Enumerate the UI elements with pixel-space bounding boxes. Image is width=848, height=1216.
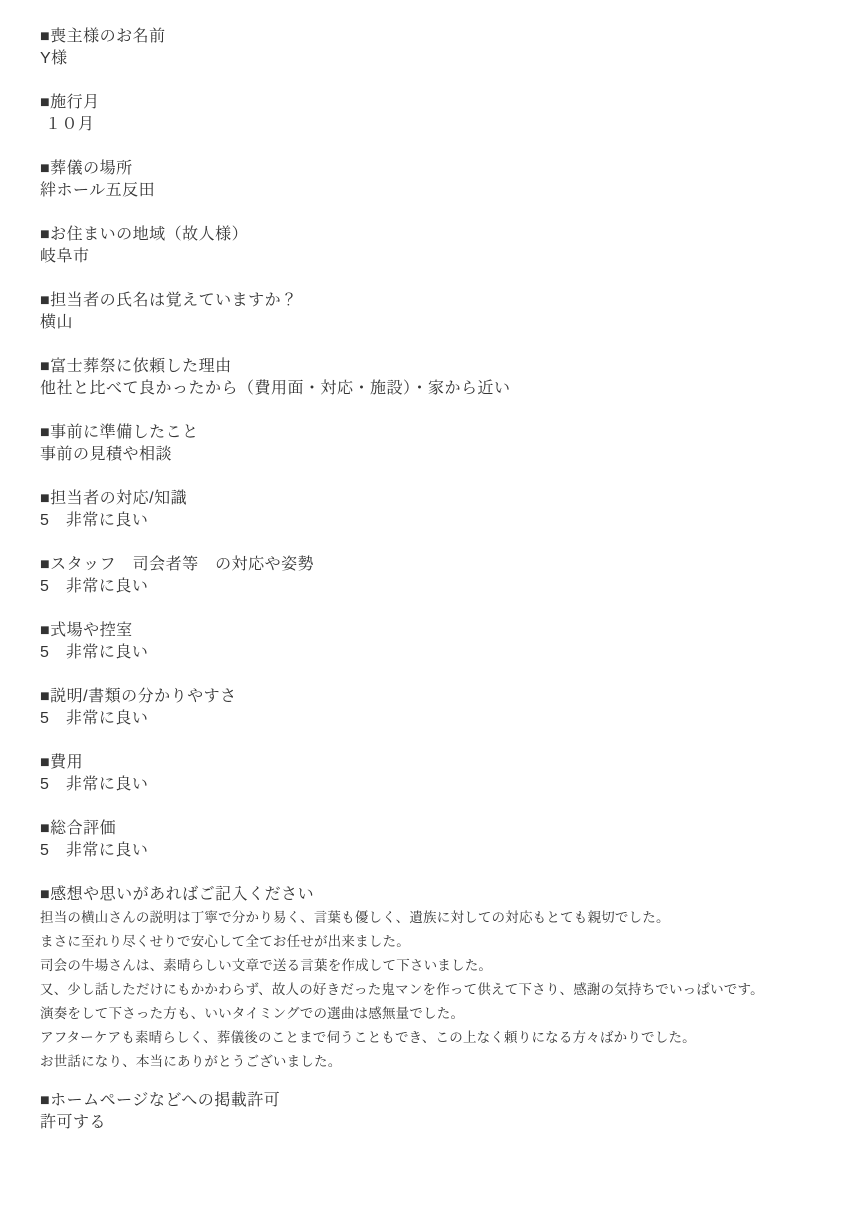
comment-line: アフターケアも素晴らしく、葬儀後のことまで伺うこともでき、この上なく頼りになる方… xyxy=(40,1026,808,1050)
rating-value: 5 非常に良い xyxy=(40,510,808,532)
qa-block-residence-area: ■お住まいの地域（故人様） 岐阜市 xyxy=(40,224,808,268)
comment-line: お世話になり、本当にありがとうございました。 xyxy=(40,1050,808,1074)
qa-block-mourner-name: ■喪主様のお名前 Y様 xyxy=(40,26,808,70)
qa-block-staff-name: ■担当者の氏名は覚えていますか？ 横山 xyxy=(40,290,808,334)
question-label: ■喪主様のお名前 xyxy=(40,26,808,48)
answer-text: 事前の見積や相談 xyxy=(40,444,808,466)
question-label: ■式場や控室 xyxy=(40,620,808,642)
comment-line: 演奏をして下さった方も、いいタイミングでの選曲は感無量でした。 xyxy=(40,1002,808,1026)
question-label: ■費用 xyxy=(40,752,808,774)
question-label: ■説明/書類の分かりやすさ xyxy=(40,686,808,708)
question-label: ■担当者の氏名は覚えていますか？ xyxy=(40,290,808,312)
question-label: ■担当者の対応/知識 xyxy=(40,488,808,510)
qa-block-rating-clarity: ■説明/書類の分かりやすさ 5 非常に良い xyxy=(40,686,808,730)
comment-line: まさに至れり尽くせりで安心して全てお任せが出来ました。 xyxy=(40,930,808,954)
comment-line: 司会の牛場さんは、素晴らしい文章で送る言葉を作成して下さいました。 xyxy=(40,954,808,978)
qa-block-funeral-place: ■葬儀の場所 絆ホール五反田 xyxy=(40,158,808,202)
question-label: ■事前に準備したこと xyxy=(40,422,808,444)
question-label: ■お住まいの地域（故人様） xyxy=(40,224,808,246)
rating-value: 5 非常に良い xyxy=(40,774,808,796)
qa-block-rating-staff-knowledge: ■担当者の対応/知識 5 非常に良い xyxy=(40,488,808,532)
qa-block-reason: ■富士葬祭に依頼した理由 他社と比べて良かったから（費用面・対応・施設）・家から… xyxy=(40,356,808,400)
question-label: ■富士葬祭に依頼した理由 xyxy=(40,356,808,378)
qa-block-rating-venue: ■式場や控室 5 非常に良い xyxy=(40,620,808,664)
qa-block-preparation: ■事前に準備したこと 事前の見積や相談 xyxy=(40,422,808,466)
answer-text: 許可する xyxy=(40,1112,808,1134)
answer-text: Y様 xyxy=(40,48,808,70)
rating-value: 5 非常に良い xyxy=(40,642,808,664)
comment-line: 担当の横山さんの説明は丁寧で分かり易く、言葉も優しく、遺族に対しての対応もとても… xyxy=(40,906,808,930)
question-label: ■スタッフ 司会者等 の対応や姿勢 xyxy=(40,554,808,576)
comment-section: ■感想や思いがあればご記入ください 担当の横山さんの説明は丁寧で分かり易く、言葉… xyxy=(40,884,808,1074)
question-label: ■ホームページなどへの掲載許可 xyxy=(40,1090,808,1112)
answer-text: 絆ホール五反田 xyxy=(40,180,808,202)
question-label: ■葬儀の場所 xyxy=(40,158,808,180)
rating-value: 5 非常に良い xyxy=(40,708,808,730)
rating-value: 5 非常に良い xyxy=(40,840,808,862)
question-label: ■総合評価 xyxy=(40,818,808,840)
answer-text: １０月 xyxy=(40,114,808,136)
qa-block-rating-staff-attitude: ■スタッフ 司会者等 の対応や姿勢 5 非常に良い xyxy=(40,554,808,598)
question-label: ■施行月 xyxy=(40,92,808,114)
survey-document: ■喪主様のお名前 Y様 ■施行月 １０月 ■葬儀の場所 絆ホール五反田 ■お住ま… xyxy=(0,0,848,1216)
qa-block-service-month: ■施行月 １０月 xyxy=(40,92,808,136)
answer-text: 他社と比べて良かったから（費用面・対応・施設）・家から近い xyxy=(40,378,808,400)
answer-text: 岐阜市 xyxy=(40,246,808,268)
question-label: ■感想や思いがあればご記入ください xyxy=(40,884,808,906)
comment-line: 又、少し話しただけにもかかわらず、故人の好きだった鬼マンを作って供えて下さり、感… xyxy=(40,978,808,1002)
qa-block-rating-overall: ■総合評価 5 非常に良い xyxy=(40,818,808,862)
qa-block-rating-cost: ■費用 5 非常に良い xyxy=(40,752,808,796)
rating-value: 5 非常に良い xyxy=(40,576,808,598)
qa-block-publication-permission: ■ホームページなどへの掲載許可 許可する xyxy=(40,1090,808,1134)
answer-text: 横山 xyxy=(40,312,808,334)
